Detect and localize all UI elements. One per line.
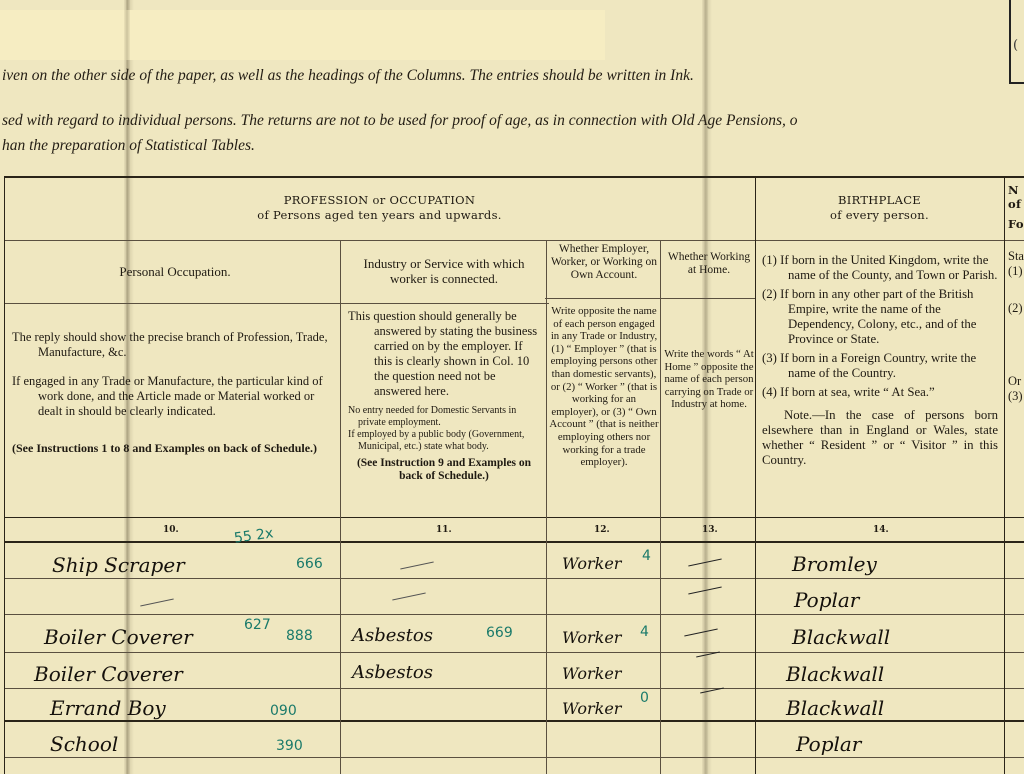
status-entry: Worker [562, 628, 621, 647]
profession-title: PROFESSION or OCCUPATION [4, 193, 755, 208]
status-code: 4 [642, 548, 651, 564]
col14-instructions: (1) If born in the United Kingdom, write… [762, 253, 998, 468]
birthplace-entry: Blackwall [786, 662, 884, 686]
next-column-instructions-fragment: Sta (1) (2) Or (3) [1008, 249, 1024, 404]
occupation-code: 627 [244, 617, 271, 633]
col11-number: 11. [436, 525, 452, 535]
occupation-code: 090 [270, 703, 297, 719]
birthplace-entry: Blackwall [786, 696, 884, 720]
col13-instructions: Write the words “ At Home ” opposite the… [664, 348, 754, 411]
occupation-annotation: 888 [286, 628, 313, 644]
occupation-entry: Errand Boy [50, 696, 166, 720]
col10-heading: Personal Occupation. [10, 264, 340, 279]
status-code: 0 [640, 690, 649, 706]
occupation-annotation: 55 2x [233, 525, 274, 546]
col14-number: 14. [873, 525, 889, 535]
occupation-code: 390 [276, 738, 303, 754]
birthplace-subtitle: of every person. [755, 208, 1004, 223]
occupation-entry: School [50, 732, 118, 756]
status-entry: Worker [562, 664, 621, 683]
occupation-entry: Ship Scraper [52, 553, 185, 577]
birthplace-entry: Bromley [792, 552, 877, 576]
col13-number: 13. [702, 525, 718, 535]
birthplace-entry: Blackwall [792, 625, 890, 649]
industry-dash [392, 592, 425, 600]
industry-entry: Asbestos [352, 625, 433, 646]
instruction-line-1: iven on the other side of the paper, as … [2, 67, 694, 85]
col11-instructions: This question should generally be answer… [348, 309, 540, 483]
col10-number: 10. [163, 525, 179, 535]
col13-heading: Whether Working at Home. [664, 251, 754, 277]
status-entry: Worker [562, 554, 621, 573]
industry-entry: Asbestos [352, 662, 433, 683]
birthplace-header: BIRTHPLACE of every person. [755, 193, 1004, 223]
occupation-entry: Boiler Coverer [44, 625, 193, 649]
occupation-code: 666 [296, 556, 323, 572]
status-entry: Worker [562, 699, 621, 718]
at-home-dash [684, 628, 717, 636]
next-column-header-fragment: N of Fo [1008, 183, 1024, 231]
corner-fragment: ( [1013, 38, 1018, 53]
col11-heading: Industry or Service with which worker is… [344, 256, 544, 286]
col12-heading: Whether Employer, Worker, or Working on … [548, 243, 660, 282]
industry-code: 669 [486, 625, 513, 641]
occupation-dash [140, 598, 173, 606]
status-code: 4 [640, 624, 649, 640]
profession-subtitle: of Persons aged ten years and upwards. [4, 208, 755, 223]
birthplace-title: BIRTHPLACE [755, 193, 1004, 208]
col10-instructions: The reply should show the precise branch… [12, 330, 334, 456]
col12-instructions: Write opposite the name of each person e… [549, 305, 659, 469]
redaction-banner [0, 10, 605, 60]
col12-number: 12. [594, 525, 610, 535]
instruction-line-2: sed with regard to individual persons. T… [2, 112, 797, 130]
profession-header: PROFESSION or OCCUPATION of Persons aged… [4, 193, 755, 223]
birthplace-entry: Poplar [794, 588, 859, 612]
occupation-entry: Boiler Coverer [34, 662, 183, 686]
birthplace-entry: Poplar [796, 732, 861, 756]
industry-dash [400, 561, 433, 569]
